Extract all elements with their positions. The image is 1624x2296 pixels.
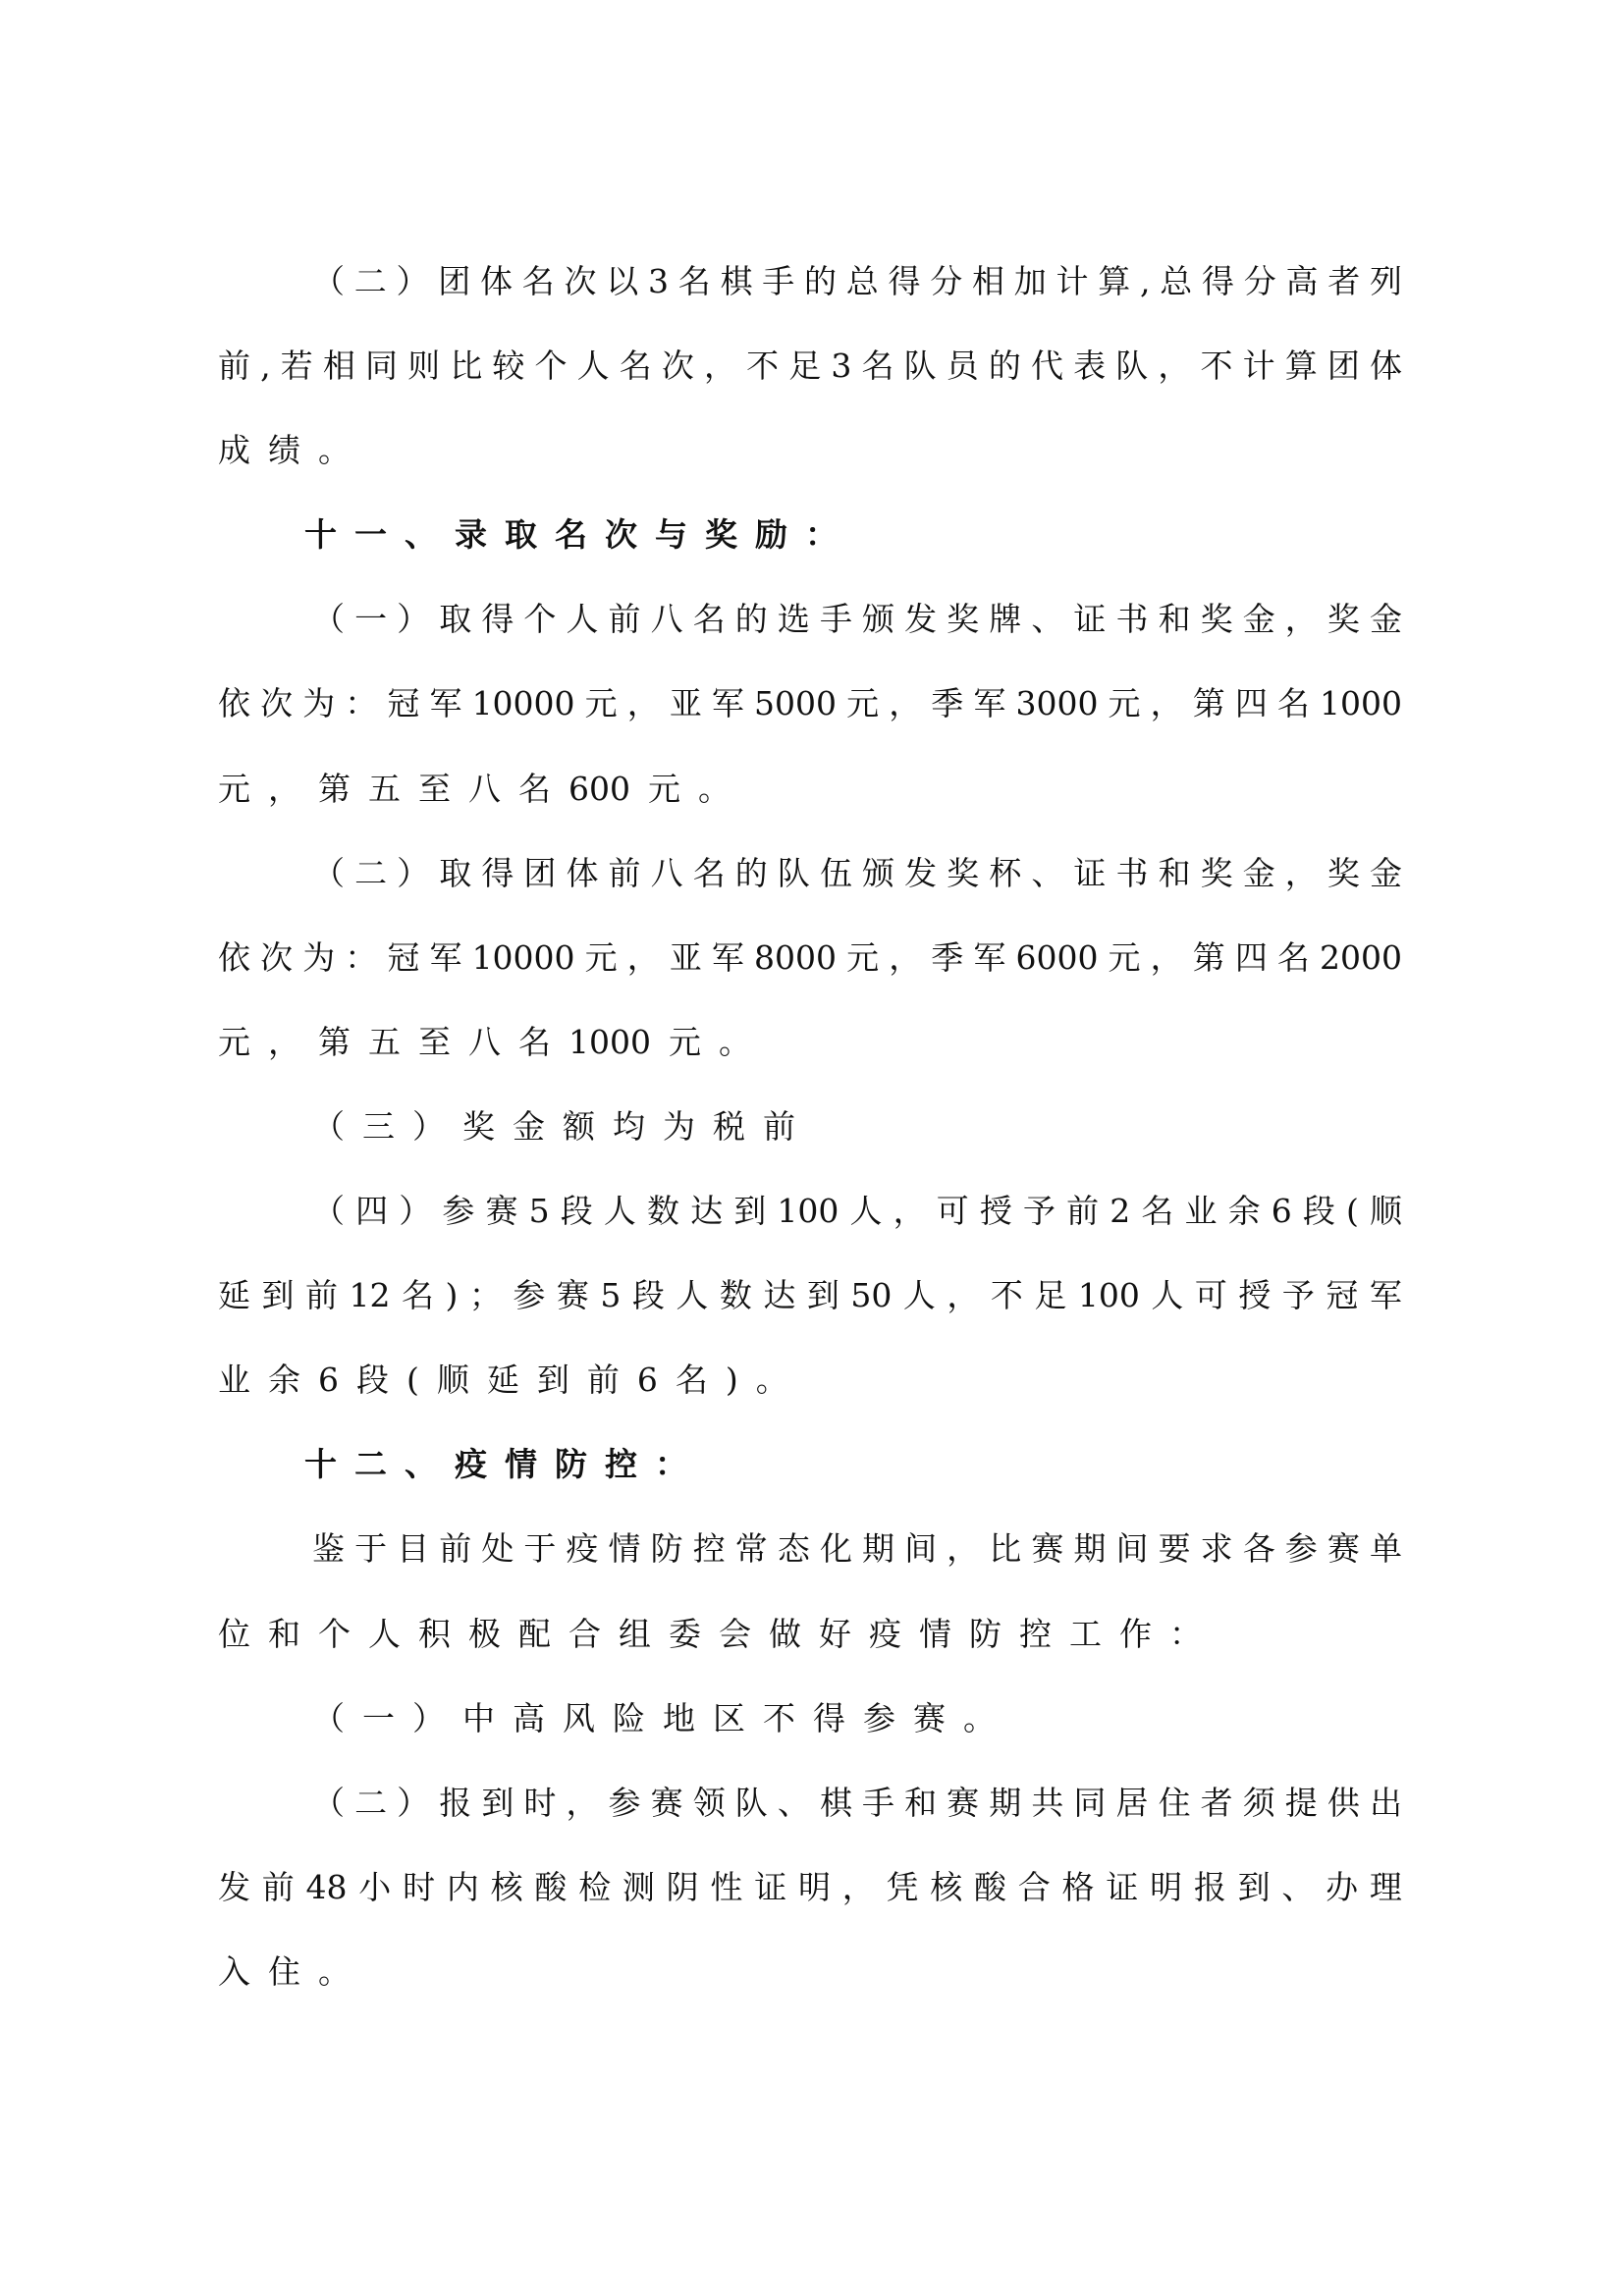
glyph: 名 [693, 577, 726, 662]
glyph: 段 [632, 1254, 665, 1338]
glyph: 、 [1031, 831, 1063, 916]
glyph: 区 [713, 1677, 745, 1761]
glyph: 100 [777, 1169, 839, 1254]
glyph: 控 [605, 1422, 637, 1507]
glyph: 元 [585, 662, 618, 746]
section-heading: 十一、录取名次与奖励： [218, 493, 1402, 577]
glyph: 酸 [534, 1845, 567, 1930]
glyph: 前 [609, 831, 641, 916]
glyph: 八 [468, 1000, 501, 1085]
paragraph-team-prizes: （二）取得团体前八名的队伍颁发奖杯、证书和奖金，奖金 依次为：冠军10000元，… [218, 831, 1402, 1085]
glyph: 1000 [1320, 662, 1402, 746]
glyph: 核 [930, 1845, 962, 1930]
text-line: 发前48小时内核酸检测阴性证明，凭核酸合格证明报到、办理 [218, 1845, 1402, 1930]
glyph: 。 [756, 1338, 788, 1422]
glyph: 次 [260, 662, 293, 746]
glyph: 人 [604, 1169, 636, 1254]
glyph: 军 [429, 916, 461, 1000]
glyph: 达 [763, 1254, 795, 1338]
glyph: 为 [302, 916, 335, 1000]
glyph: 书 [1115, 831, 1148, 916]
glyph: 、 [405, 493, 437, 577]
glyph: 会 [719, 1592, 751, 1677]
glyph: 二 [354, 831, 387, 916]
glyph: 第 [1193, 916, 1225, 1000]
glyph: ， [889, 916, 921, 1000]
glyph: 相 [323, 324, 355, 408]
glyph: 间 [1115, 1507, 1148, 1591]
glyph: 酸 [974, 1845, 1006, 1930]
glyph: 一 [354, 577, 387, 662]
glyph: 军 [973, 916, 1005, 1000]
glyph: 得 [1202, 240, 1234, 324]
glyph: 参 [609, 1761, 641, 1845]
glyph: 赛 [486, 1169, 518, 1254]
glyph: 得 [813, 1677, 845, 1761]
document-page: （二）团体名次以3名棋手的总得分相加计算,总得分高者列 前,若相同则比较个人名次… [0, 0, 1624, 2296]
glyph: 八 [651, 831, 683, 916]
glyph: 选 [778, 577, 810, 662]
glyph: 元 [846, 662, 879, 746]
glyph: 小 [358, 1845, 391, 1930]
glyph: 棋 [820, 1761, 852, 1845]
glyph: 工 [1069, 1592, 1102, 1677]
glyph: 组 [619, 1592, 651, 1677]
paragraph-epidemic-rule-1: （一）中高风险地区不得参赛。 [218, 1677, 1402, 1761]
glyph: 到 [807, 1254, 839, 1338]
glyph: 前 [763, 1085, 795, 1169]
glyph: 不 [1201, 324, 1233, 408]
glyph: 于 [354, 1507, 387, 1591]
glyph: 第 [1193, 662, 1225, 746]
glyph: 三 [362, 1085, 395, 1169]
glyph: 依 [218, 662, 250, 746]
glyph: 疫 [869, 1592, 901, 1677]
glyph: 金 [1370, 577, 1402, 662]
glyph: 一 [354, 493, 387, 577]
glyph: 队 [904, 324, 937, 408]
section-12-heading: 十二、疫情防控： [218, 1422, 1402, 1507]
glyph: ： [805, 493, 838, 577]
glyph: 名 [678, 240, 711, 324]
glyph: 业 [1185, 1169, 1218, 1254]
glyph: 前 [262, 1845, 295, 1930]
text-line: （一）中高风险地区不得参赛。 [218, 1677, 1402, 1761]
glyph: , [1140, 240, 1151, 324]
glyph: 军 [429, 662, 461, 746]
glyph: 3 [831, 324, 851, 408]
section-11-heading: 十一、录取名次与奖励： [218, 493, 1402, 577]
glyph: 证 [1073, 577, 1106, 662]
glyph: 季 [931, 662, 963, 746]
glyph: 为 [663, 1085, 695, 1169]
glyph: 5000 [754, 662, 837, 746]
glyph: 十 [304, 493, 337, 577]
glyph: 人 [676, 1254, 708, 1338]
glyph: 第 [318, 747, 351, 831]
glyph: ， [1158, 324, 1190, 408]
glyph: 以 [606, 240, 638, 324]
glyph: 名 [555, 493, 587, 577]
glyph: 元 [669, 1000, 701, 1085]
glyph: 证 [754, 1845, 786, 1930]
glyph: 季 [931, 916, 963, 1000]
text-line: 前,若相同则比较个人名次，不足3名队员的代表队，不计算团体 [218, 324, 1402, 408]
glyph: 赛 [1327, 1507, 1360, 1591]
glyph: 名 [693, 831, 726, 916]
glyph: 名 [676, 1338, 708, 1422]
glyph: 赛 [651, 1761, 683, 1845]
glyph: ， [566, 1761, 598, 1845]
glyph: 团 [523, 831, 556, 916]
glyph: 足 [788, 324, 821, 408]
glyph: 。 [963, 1677, 996, 1761]
glyph: 元 [1109, 662, 1141, 746]
glyph: 金 [1370, 831, 1402, 916]
glyph: 前 [609, 577, 641, 662]
glyph: 个 [318, 1592, 351, 1677]
glyph: 二 [354, 240, 387, 324]
glyph: 十 [304, 1422, 337, 1507]
glyph: 期 [989, 1761, 1021, 1845]
glyph: 格 [1062, 1845, 1095, 1930]
glyph: 段 [356, 1338, 389, 1422]
glyph: 代 [1031, 324, 1063, 408]
glyph: 、 [405, 1422, 437, 1507]
glyph: 得 [481, 577, 514, 662]
glyph: ； [469, 1254, 502, 1338]
glyph: 延 [218, 1254, 250, 1338]
glyph: ) [446, 1254, 459, 1338]
glyph: 内 [447, 1845, 479, 1930]
glyph: 若 [281, 324, 313, 408]
glyph: 元 [1109, 916, 1141, 1000]
glyph: ） [397, 831, 429, 916]
glyph: 阴 [667, 1845, 699, 1930]
glyph: 性 [710, 1845, 742, 1930]
glyph: 住 [268, 1930, 300, 2014]
glyph: 要 [1159, 1507, 1191, 1591]
glyph: , [260, 324, 271, 408]
glyph: 配 [518, 1592, 551, 1677]
glyph: 奖 [462, 1085, 495, 1169]
glyph: 比 [989, 1507, 1021, 1591]
glyph: ： [345, 662, 377, 746]
text-line: （二）取得团体前八名的队伍颁发奖杯、证书和奖金，奖金 [218, 831, 1402, 916]
text-line: 元，第五至八名1000元。 [218, 1000, 1402, 1085]
glyph: 手 [762, 240, 794, 324]
glyph: 化 [820, 1507, 852, 1591]
glyph: 高 [1286, 240, 1319, 324]
glyph: 5 [529, 1169, 550, 1254]
glyph: 合 [1018, 1845, 1051, 1930]
glyph: 书 [1115, 577, 1148, 662]
glyph: 顺 [437, 1338, 469, 1422]
paragraph-pretax-note: （三）奖金额均为税前 [218, 1085, 1402, 1169]
glyph: 情 [919, 1592, 951, 1677]
glyph: 理 [1370, 1845, 1402, 1930]
glyph: ） [412, 1677, 445, 1761]
glyph: ） [399, 1169, 431, 1254]
glyph: 军 [712, 916, 744, 1000]
glyph: 金 [1243, 577, 1275, 662]
glyph: 总 [846, 240, 879, 324]
glyph: 。 [719, 1000, 751, 1085]
text-line: 延到前12名)；参赛5段人数达到50人，不足100人可授予冠军 [218, 1254, 1402, 1338]
glyph: 控 [693, 1507, 726, 1591]
glyph: 参 [513, 1254, 545, 1338]
glyph: 凭 [886, 1845, 918, 1930]
glyph: ， [627, 916, 660, 1000]
glyph: 军 [973, 662, 1005, 746]
glyph: 证 [1106, 1845, 1138, 1930]
glyph: 核 [491, 1845, 523, 1930]
glyph: 的 [989, 324, 1021, 408]
glyph: 则 [407, 324, 440, 408]
glyph: 得 [481, 831, 514, 916]
glyph: 。 [698, 747, 731, 831]
glyph: 8000 [754, 916, 837, 1000]
glyph: 赛 [1031, 1507, 1063, 1591]
glyph: 不 [763, 1677, 795, 1761]
glyph: 队 [778, 831, 810, 916]
glyph: 可 [1195, 1254, 1227, 1338]
glyph: 比 [450, 324, 482, 408]
glyph: ， [1285, 831, 1318, 916]
glyph: 军 [1370, 1254, 1402, 1338]
glyph: 名 [620, 324, 652, 408]
glyph: 分 [930, 240, 962, 324]
glyph: 情 [505, 1422, 537, 1507]
glyph: 到 [537, 1338, 569, 1422]
glyph: 达 [690, 1169, 723, 1254]
section-heading: 十二、疫情防控： [218, 1422, 1402, 1507]
glyph: 防 [969, 1592, 1001, 1677]
glyph: 人 [566, 577, 598, 662]
glyph: ( [406, 1338, 419, 1422]
text-line: 元，第五至八名600元。 [218, 747, 1402, 831]
glyph: 入 [218, 1930, 250, 2014]
glyph: （ [312, 1761, 345, 1845]
glyph: 相 [972, 240, 1004, 324]
glyph: 体 [1370, 324, 1402, 408]
glyph: 奖 [1327, 831, 1360, 916]
glyph: 八 [651, 577, 683, 662]
glyph: 计 [1056, 240, 1089, 324]
glyph: 者 [1201, 1761, 1233, 1845]
glyph: （ [312, 577, 345, 662]
glyph: 目 [397, 1507, 429, 1591]
glyph: ， [627, 662, 660, 746]
glyph: ) [726, 1338, 738, 1422]
glyph: 赛 [557, 1254, 589, 1338]
glyph: 高 [513, 1677, 545, 1761]
glyph: 取 [439, 577, 471, 662]
glyph: 中 [462, 1677, 495, 1761]
glyph: 手 [820, 577, 852, 662]
glyph: 供 [1327, 1761, 1360, 1845]
glyph: 单 [1370, 1507, 1402, 1591]
glyph: 第 [318, 1000, 351, 1085]
glyph: 疫 [455, 1422, 487, 1507]
glyph: ， [268, 1000, 300, 1085]
glyph: ： [345, 916, 377, 1000]
glyph: 位 [218, 1592, 250, 1677]
glyph: 人 [577, 324, 610, 408]
glyph: 10000 [472, 662, 575, 746]
glyph: 和 [1159, 831, 1191, 916]
glyph: ： [655, 1422, 687, 1507]
glyph: 数 [647, 1169, 679, 1254]
glyph: 牌 [989, 577, 1021, 662]
glyph: 态 [778, 1507, 810, 1591]
glyph: 到 [733, 1169, 766, 1254]
glyph: 期 [862, 1507, 894, 1591]
glyph: 地 [663, 1677, 695, 1761]
glyph: 总 [1160, 240, 1192, 324]
glyph: 2 [1110, 1169, 1130, 1254]
document-body: （二）团体名次以3名棋手的总得分相加计算,总得分高者列 前,若相同则比较个人名次… [218, 240, 1402, 2014]
glyph: 和 [904, 1761, 937, 1845]
glyph: 名 [402, 1254, 434, 1338]
glyph: 求 [1201, 1507, 1233, 1591]
glyph: 人 [850, 1169, 883, 1254]
glyph: （ [312, 1085, 345, 1169]
glyph: 防 [555, 1422, 587, 1507]
glyph: 50 [850, 1254, 892, 1338]
glyph: 100 [1078, 1254, 1140, 1338]
glyph: 人 [1151, 1254, 1183, 1338]
glyph: 到 [262, 1254, 295, 1338]
glyph: 者 [1327, 240, 1360, 324]
glyph: 检 [578, 1845, 611, 1930]
glyph: 取 [439, 831, 471, 916]
glyph: 到 [481, 1761, 514, 1845]
glyph: ( [1346, 1169, 1359, 1254]
glyph: 次 [565, 240, 597, 324]
glyph: ， [704, 324, 736, 408]
text-line: （二）团体名次以3名棋手的总得分相加计算,总得分高者列 [218, 240, 1402, 324]
glyph: 做 [769, 1592, 801, 1677]
glyph: 前 [1066, 1169, 1099, 1254]
glyph: 证 [1073, 831, 1106, 916]
glyph: 不 [746, 324, 779, 408]
glyph: 发 [904, 831, 937, 916]
glyph: 表 [1073, 324, 1106, 408]
glyph: 和 [1159, 577, 1191, 662]
glyph: 元 [585, 916, 618, 1000]
glyph: 好 [819, 1592, 851, 1677]
glyph: 48 [306, 1845, 348, 1930]
glyph: 至 [418, 1000, 451, 1085]
glyph: 四 [355, 1169, 388, 1254]
glyph: 到 [1238, 1845, 1271, 1930]
glyph: 励 [755, 493, 787, 577]
glyph: 、 [1031, 577, 1063, 662]
glyph: 军 [712, 662, 744, 746]
glyph: 积 [418, 1592, 451, 1677]
glyph: 发 [904, 577, 937, 662]
text-line: 业余6段(顺延到前6名)。 [218, 1338, 1402, 1422]
paragraph-epidemic-rule-2: （二）报到时，参赛领队、棋手和赛期共同居住者须提供出 发前48小时内核酸检测阴性… [218, 1761, 1402, 2014]
glyph: 得 [889, 240, 921, 324]
glyph: 队 [735, 1761, 768, 1845]
glyph: ， [1151, 662, 1183, 746]
glyph: 个 [523, 577, 556, 662]
glyph: 委 [669, 1592, 701, 1677]
glyph: 为 [302, 662, 335, 746]
glyph: 10000 [472, 916, 575, 1000]
glyph: 3000 [1015, 662, 1098, 746]
glyph: 防 [651, 1507, 683, 1591]
glyph: 可 [937, 1169, 969, 1254]
glyph: 参 [442, 1169, 474, 1254]
glyph: 、 [1281, 1845, 1314, 1930]
glyph: 6 [637, 1338, 658, 1422]
text-line: 成绩。 [218, 408, 1402, 493]
glyph: ， [893, 1169, 926, 1254]
glyph: 颁 [862, 577, 894, 662]
glyph: 赛 [947, 1761, 979, 1845]
glyph: 段 [1303, 1169, 1335, 1254]
glyph: 前 [439, 1507, 471, 1591]
glyph: ， [842, 1845, 875, 1930]
glyph: 同 [365, 324, 398, 408]
glyph: 伍 [820, 831, 852, 916]
glyph: 与 [655, 493, 687, 577]
glyph: 时 [523, 1761, 556, 1845]
glyph: （ [312, 831, 345, 916]
glyph: 奖 [947, 577, 979, 662]
glyph: 参 [863, 1677, 895, 1761]
glyph: 明 [798, 1845, 831, 1930]
glyph: 次 [662, 324, 694, 408]
glyph: ， [1285, 577, 1318, 662]
glyph: 金 [1243, 831, 1275, 916]
glyph: 列 [1370, 240, 1402, 324]
glyph: 于 [523, 1507, 556, 1591]
glyph: ） [397, 1761, 429, 1845]
glyph: 同 [1073, 1761, 1106, 1845]
glyph: 疫 [566, 1507, 598, 1591]
glyph: 领 [693, 1761, 726, 1845]
glyph: 棋 [721, 240, 753, 324]
glyph: 员 [947, 324, 979, 408]
glyph: 体 [480, 240, 513, 324]
glyph: 取 [505, 493, 537, 577]
glyph: 间 [904, 1507, 937, 1591]
glyph: 住 [1159, 1761, 1191, 1845]
glyph: 报 [1194, 1845, 1226, 1930]
glyph: 期 [1073, 1507, 1106, 1591]
glyph: 须 [1243, 1761, 1275, 1845]
glyph: 前 [305, 1254, 338, 1338]
glyph: （ [312, 1169, 345, 1254]
paragraph-epidemic-intro: 鉴于目前处于疫情防控常态化期间，比赛期间要求各参赛单 位和个人积极配合组委会做好… [218, 1507, 1402, 1676]
glyph: 金 [513, 1085, 545, 1169]
glyph: 录 [455, 493, 487, 577]
glyph: 奖 [705, 493, 737, 577]
glyph: 队 [1115, 324, 1148, 408]
paragraph-team-ranking-rule: （二）团体名次以3名棋手的总得分相加计算,总得分高者列 前,若相同则比较个人名次… [218, 240, 1402, 493]
glyph: ， [889, 662, 921, 746]
glyph: 杯 [989, 831, 1021, 916]
glyph: 延 [487, 1338, 519, 1422]
glyph: 至 [418, 747, 451, 831]
glyph: 6 [1272, 1169, 1292, 1254]
glyph: 业 [218, 1338, 250, 1422]
text-line: （四）参赛5段人数达到100人，可授予前2名业余6段(顺 [218, 1169, 1402, 1254]
